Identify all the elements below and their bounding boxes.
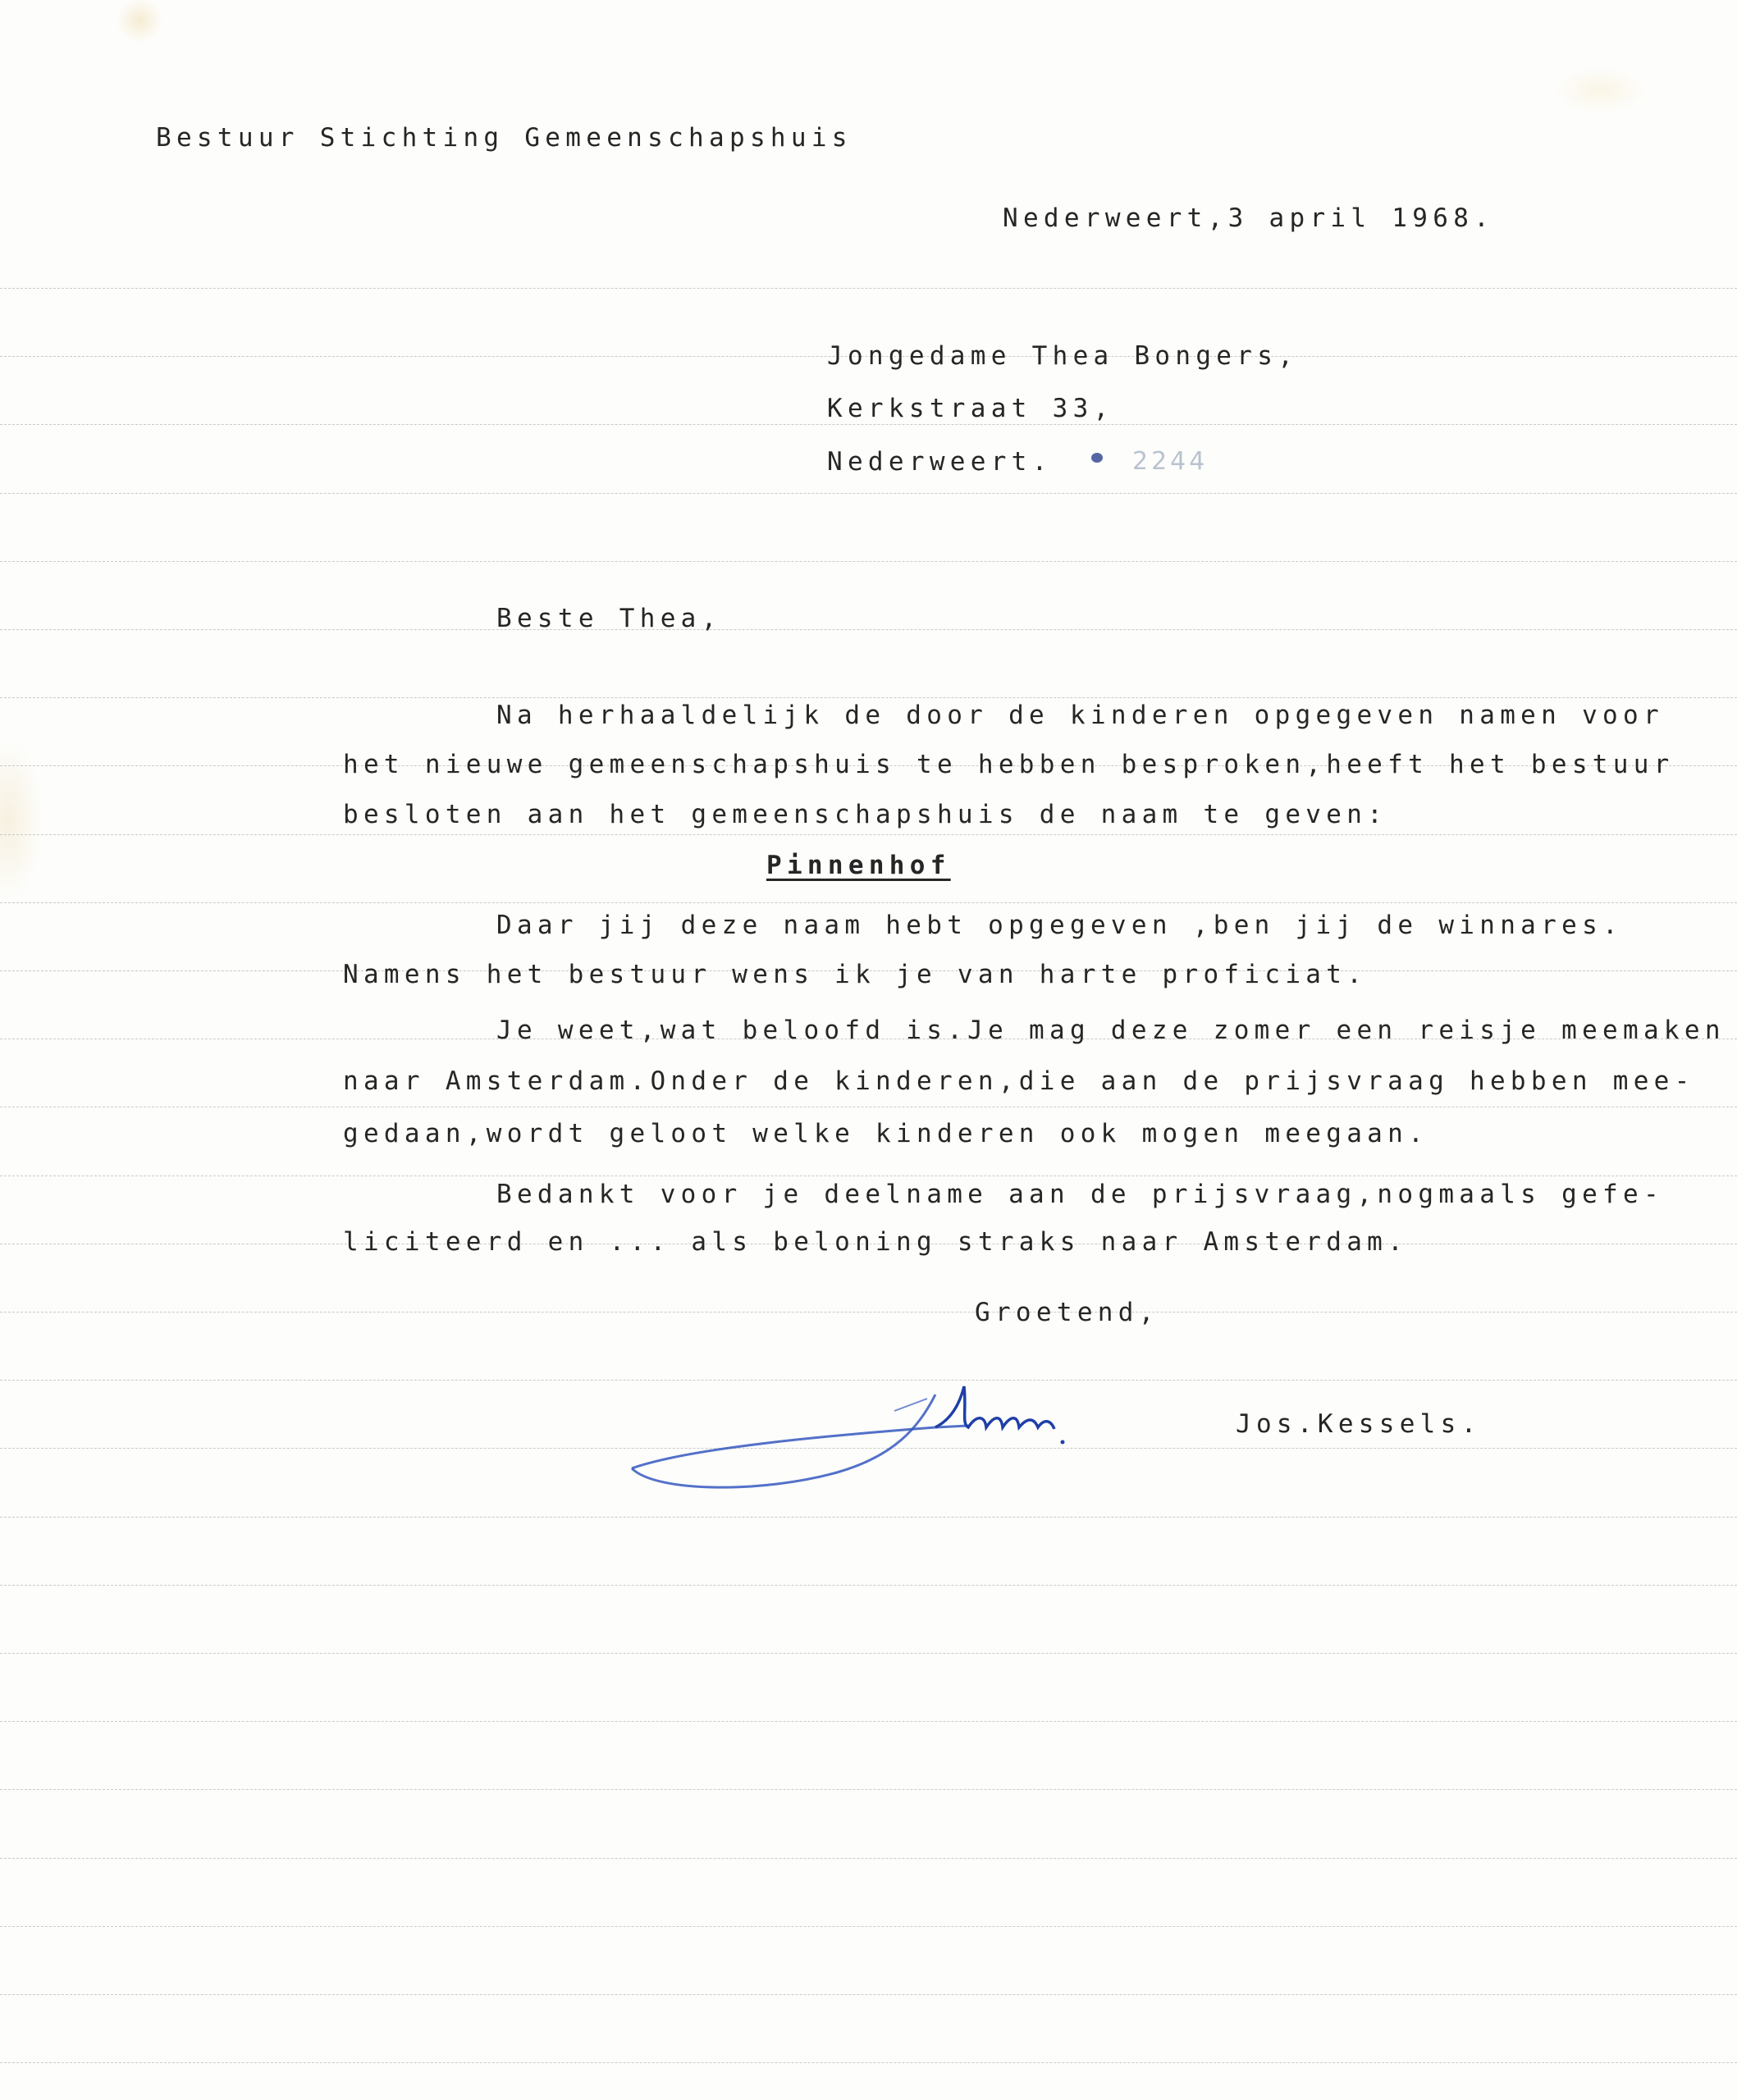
closing: Groetend,: [975, 1298, 1159, 1327]
body-line-3: besloten aan het gemeenschapshuis de naa…: [343, 800, 1387, 829]
ruled-line: [0, 1926, 1737, 1927]
signature-name: Jos.Kessels.: [1236, 1409, 1482, 1439]
ruled-line: [0, 902, 1737, 903]
salutation: Beste Thea,: [496, 604, 722, 633]
recipient-name: Jongedame Thea Bongers,: [827, 341, 1298, 371]
body-line-8: naar Amsterdam.Onder de kinderen,die aan…: [343, 1066, 1695, 1096]
ruled-line: [0, 1653, 1737, 1654]
ruled-line: [0, 1721, 1737, 1722]
body-line-1: Na herhaaldelijk de door de kinderen opg…: [496, 701, 1664, 730]
sender-header: Bestuur Stichting Gemeenschapshuis: [156, 123, 853, 153]
place-date: Nederweert,3 april 1968.: [1003, 203, 1494, 233]
ruled-line: [0, 288, 1737, 289]
ruled-line: [0, 1858, 1737, 1859]
recipient-street: Kerkstraat 33,: [827, 394, 1114, 423]
ruled-line: [0, 629, 1737, 630]
body-line-7: Je weet,wat beloofd is.Je mag deze zomer…: [496, 1016, 1726, 1045]
ruled-line: [0, 1994, 1737, 1995]
ruled-line: [0, 1585, 1737, 1586]
ink-blot: [1091, 453, 1103, 463]
ruled-line: [0, 697, 1737, 698]
body-line-6: Namens het bestuur wens ik je van harte …: [343, 960, 1367, 989]
ruled-line: [0, 834, 1737, 835]
body-line-10: Bedankt voor je deelname aan de prijsvra…: [496, 1180, 1664, 1209]
body-line-5: Daar jij deze naam hebt opgegeven ,ben j…: [496, 911, 1623, 940]
ruled-line: [0, 1517, 1737, 1518]
body-line-11: liciteerd en ... als beloning straks naa…: [343, 1227, 1408, 1257]
community-house-name: Pinnenhof: [766, 851, 951, 880]
recipient-city: Nederweert.: [827, 447, 1053, 477]
letter-paper: Bestuur Stichting Gemeenschapshuis Neder…: [0, 0, 1737, 2100]
pencil-annotation: 2244: [1132, 447, 1208, 476]
ruled-line: [0, 493, 1737, 494]
ruled-line: [0, 1789, 1737, 1790]
ruled-line: [0, 2062, 1737, 2063]
ruled-line: [0, 1312, 1737, 1312]
ruled-line: [0, 424, 1737, 425]
ruled-line: [0, 1107, 1737, 1107]
signature-scribble: [624, 1378, 1214, 1501]
ruled-line: [0, 1176, 1737, 1176]
ruled-line: [0, 561, 1737, 562]
body-line-2: het nieuwe gemeenschapshuis te hebben be…: [343, 750, 1675, 779]
body-line-9: gedaan,wordt geloot welke kinderen ook m…: [343, 1119, 1428, 1148]
